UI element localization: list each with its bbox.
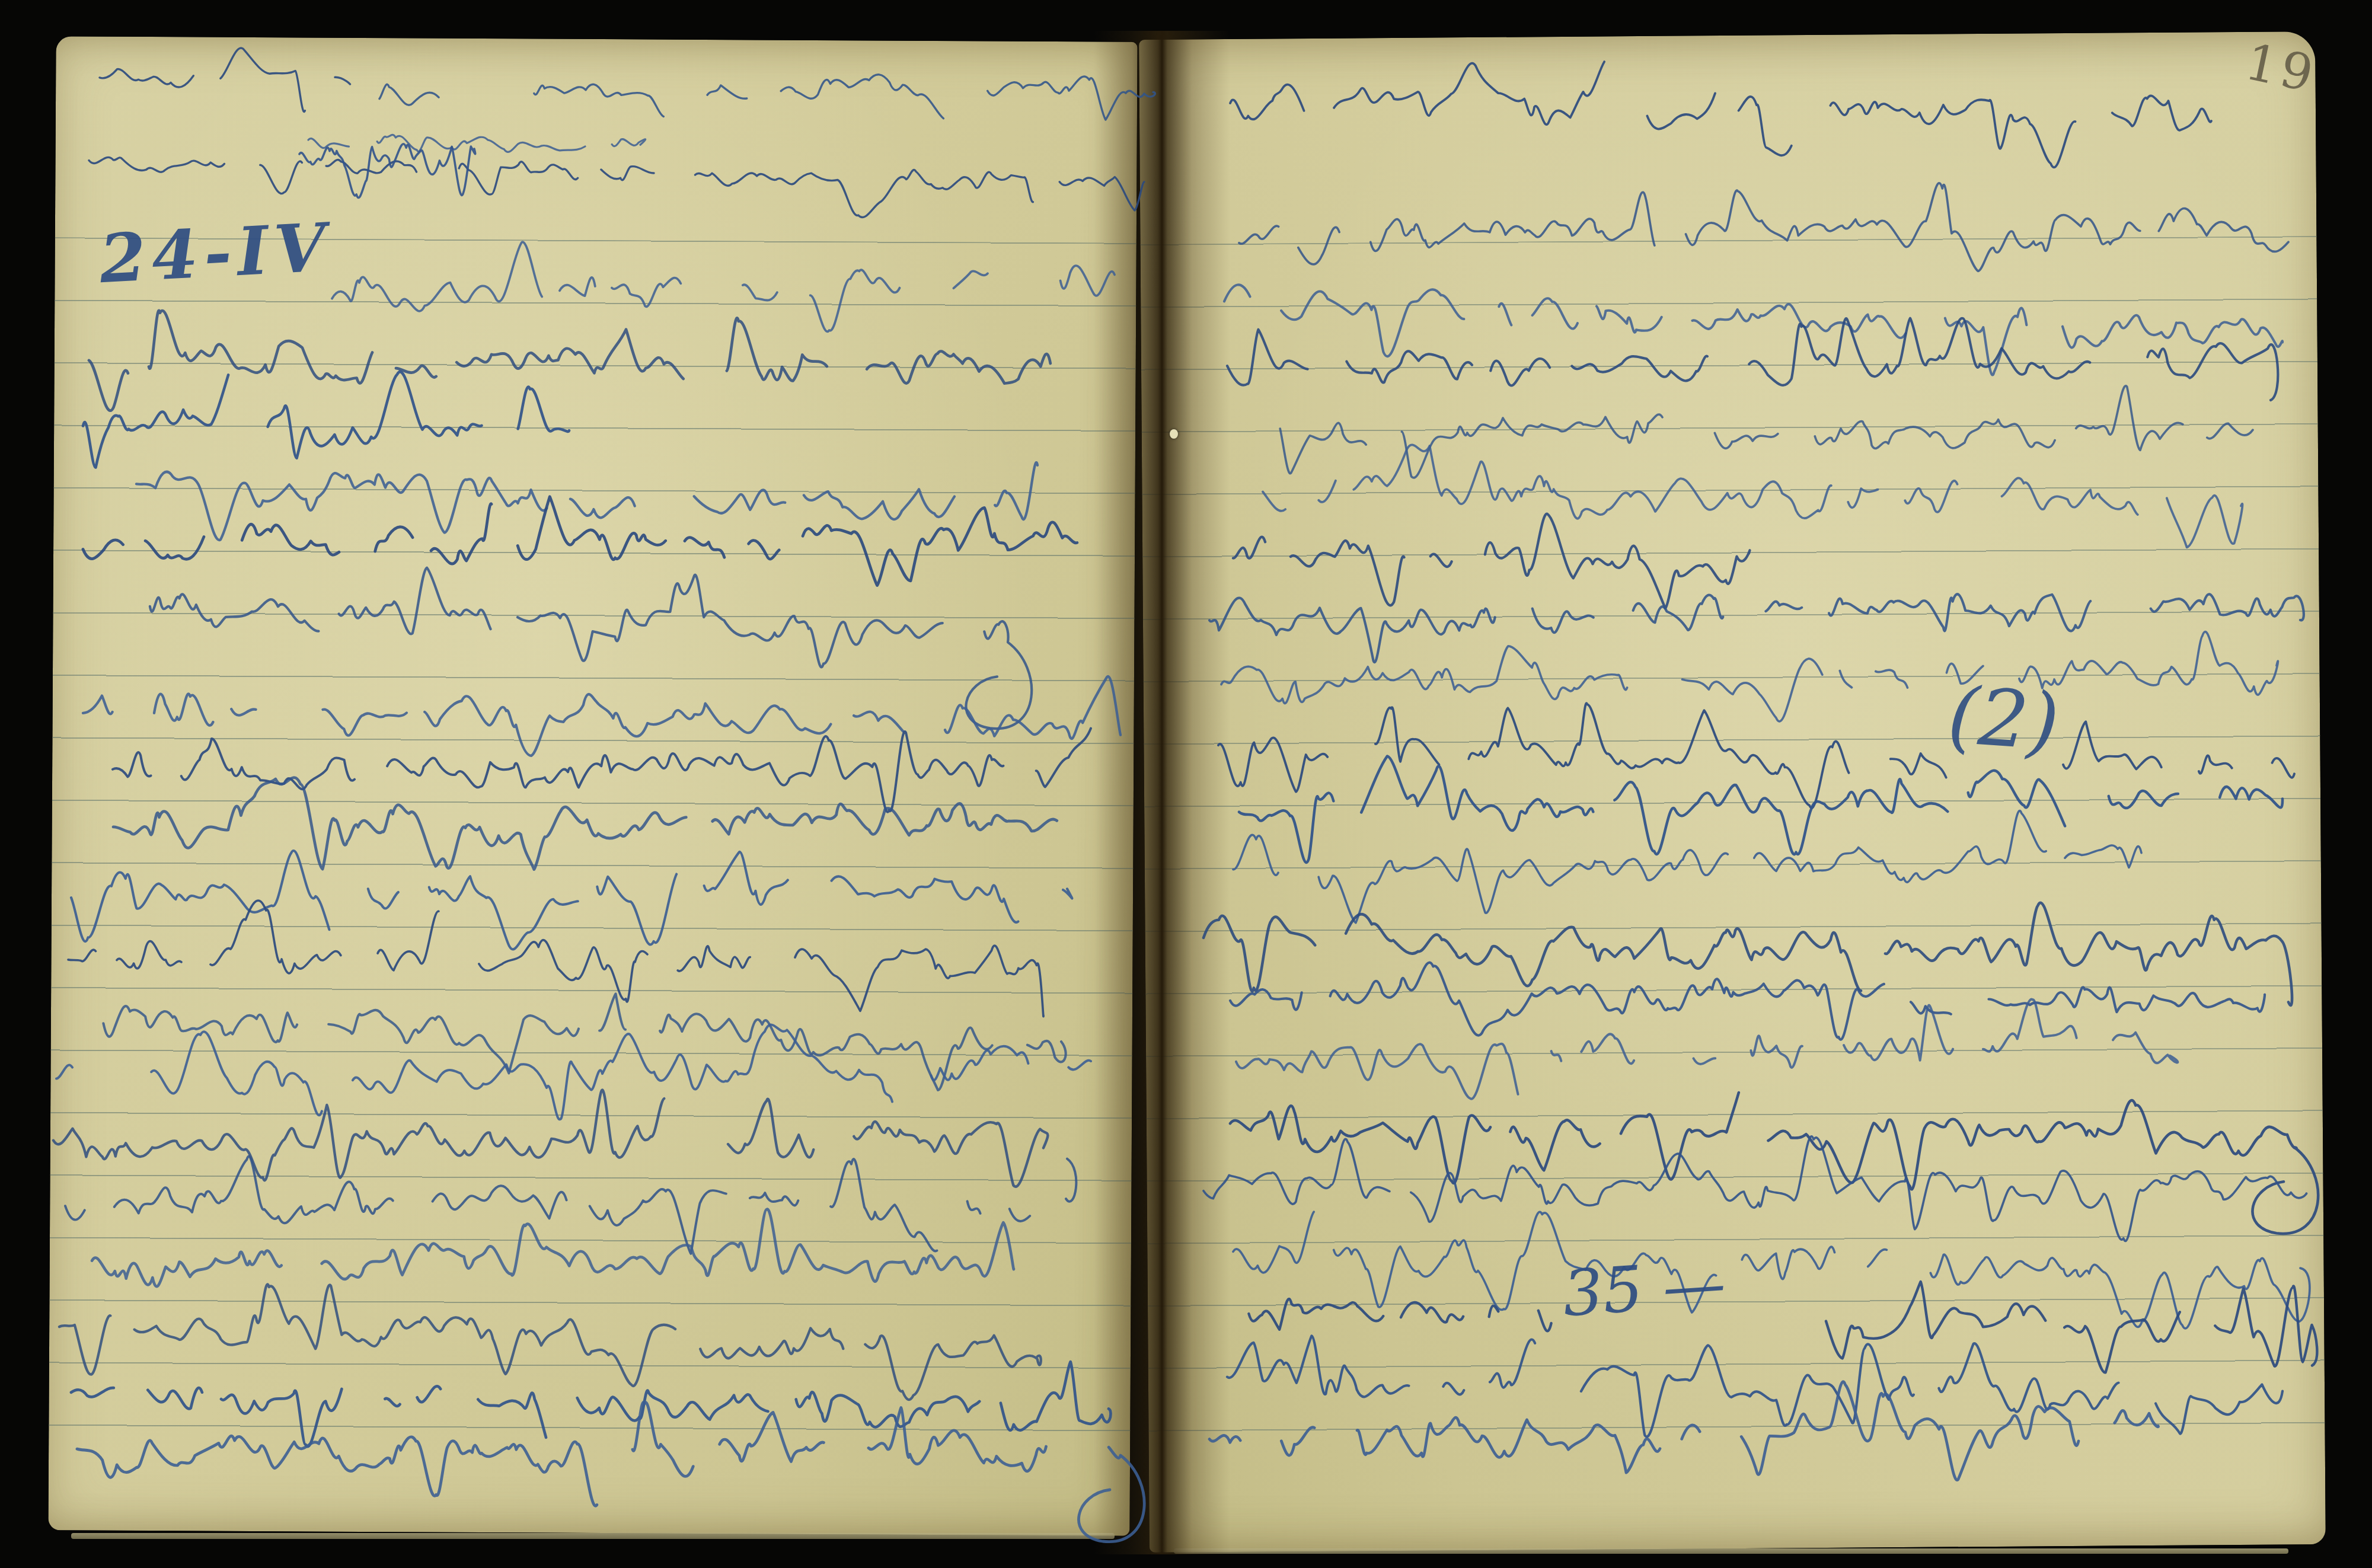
inline-token-number: 35 —: [1560, 1247, 1728, 1331]
notebook-scan: 24-IV (2) 35 — 19: [0, 0, 2372, 1568]
ruled-lines-left: [49, 237, 1136, 1473]
inline-token-parenthetical: (2): [1945, 670, 2062, 769]
right-page: [1139, 31, 2326, 1553]
page-edge-bottom-right: [1174, 1548, 2288, 1554]
ruled-lines-right: [1141, 236, 2325, 1477]
date-heading: 24-IV: [98, 209, 334, 298]
page-edge-bottom-left: [71, 1533, 1115, 1539]
